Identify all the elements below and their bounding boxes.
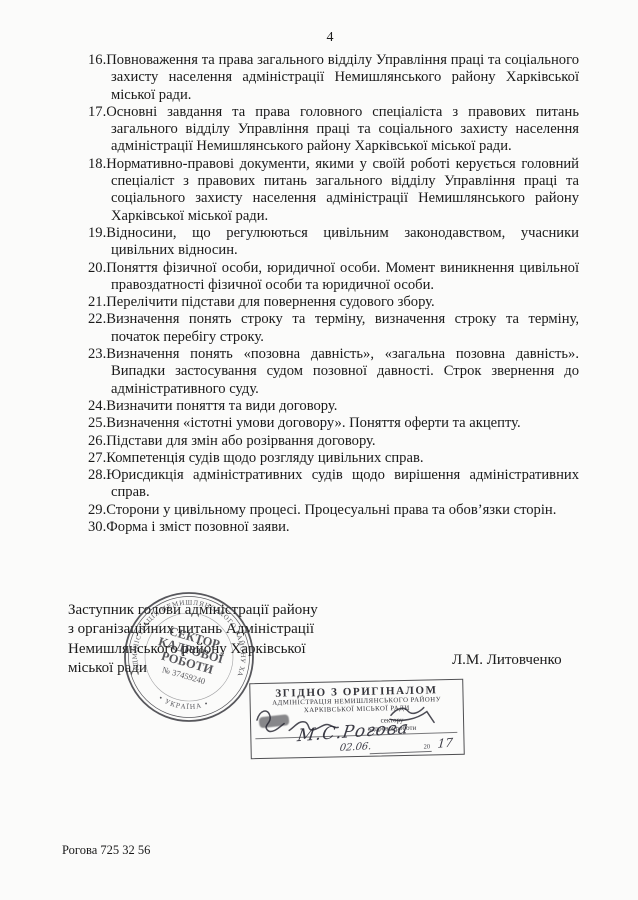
item-text: Відносини, що регулюються цивільним зако… (106, 225, 579, 258)
list-item: 28.Юрисдикція адміністративних судів щод… (88, 467, 579, 502)
item-number: 20. (88, 260, 106, 276)
round-seal-stamp: АДМІНІСТРАЦІЯ НЕМИШЛЯНСЬКОГО РАЙОНУ ХАРК… (120, 588, 258, 726)
signatory-name: Л.М. Литовченко (452, 652, 562, 669)
list-item: 24.Визначити поняття та види договору. (88, 398, 579, 415)
item-number: 30. (88, 519, 106, 535)
list-item: 18.Нормативно-правові документи, якими у… (88, 156, 579, 225)
list-item: 27.Компетенція судів щодо розгляду цивіл… (88, 450, 579, 467)
item-number: 28. (88, 467, 106, 483)
list-item: 19.Відносини, що регулюються цивільним з… (88, 225, 579, 260)
item-text: Юрисдикція адміністративних судів щодо в… (106, 467, 579, 500)
item-text: Поняття фізичної особи, юридичної особи.… (106, 260, 579, 293)
footer-contact: Рогова 725 32 56 (62, 843, 150, 858)
seal-ring-bottom-text: • УКРАЇНА • (157, 694, 211, 711)
scanned-document-page: 4 16.Повноваження та права загального ві… (0, 0, 638, 900)
item-text: Компетенція судів щодо розгляду цивільни… (106, 450, 423, 466)
item-number: 23. (88, 346, 106, 362)
list-item: 25.Визначення «істотні умови договору». … (88, 415, 579, 432)
item-number: 27. (88, 450, 106, 466)
page-number: 4 (0, 30, 638, 46)
handwritten-date: 02.06. (339, 741, 372, 754)
list-item: 16.Повноваження та права загального відд… (88, 52, 579, 104)
item-text: Основні завдання та права головного спец… (106, 104, 579, 155)
list-item: 23.Визначення понять «позовна давність»,… (88, 346, 579, 398)
exam-question-list: 16.Повноваження та права загального відд… (88, 52, 579, 536)
item-text: Перелічити підстави для повернення судов… (106, 294, 434, 310)
list-item: 21.Перелічити підстави для повернення су… (88, 294, 579, 311)
list-item: 30.Форма і зміст позовної заяви. (88, 519, 579, 536)
item-number: 19. (88, 225, 106, 241)
printed-year-prefix: 20 (424, 743, 431, 750)
item-number: 25. (88, 415, 106, 431)
list-item: 22.Визначення понять строку та терміну, … (88, 311, 579, 346)
svg-text:• УКРАЇНА •: • УКРАЇНА • (157, 694, 211, 711)
list-item: 26.Підстави для змін або розірвання дого… (88, 433, 579, 450)
item-text: Визначення понять строку та терміну, виз… (106, 311, 579, 344)
certification-stamp: ЗГІДНО З ОРИГІНАЛОМ АДМІНІСТРАЦІЯ НЕМИШЛ… (249, 679, 465, 759)
handwritten-year: 17 (437, 735, 453, 751)
item-text: Визначення понять «позовна давність», «з… (106, 346, 579, 397)
item-text: Нормативно-правові документи, якими у св… (106, 156, 579, 224)
list-item: 20.Поняття фізичної особи, юридичної осо… (88, 260, 579, 295)
list-item: 29.Сторони у цивільному процесі. Процесу… (88, 502, 579, 519)
item-text: Визначення «істотні умови договору». Пон… (106, 415, 520, 431)
item-text: Підстави для змін або розірвання договор… (106, 433, 375, 449)
item-text: Визначити поняття та види договору. (106, 398, 337, 414)
item-text: Форма і зміст позовної заяви. (106, 519, 289, 535)
list-item: 17.Основні завдання та права головного с… (88, 104, 579, 156)
item-text: Сторони у цивільному процесі. Процесуаль… (106, 502, 556, 518)
item-number: 29. (88, 502, 106, 518)
item-number: 16. (88, 52, 106, 68)
item-number: 26. (88, 433, 106, 449)
item-number: 24. (88, 398, 106, 414)
item-number: 22. (88, 311, 106, 327)
item-number: 21. (88, 294, 106, 310)
item-number: 18. (88, 156, 106, 172)
item-number: 17. (88, 104, 106, 120)
item-text: Повноваження та права загального відділу… (106, 52, 579, 103)
